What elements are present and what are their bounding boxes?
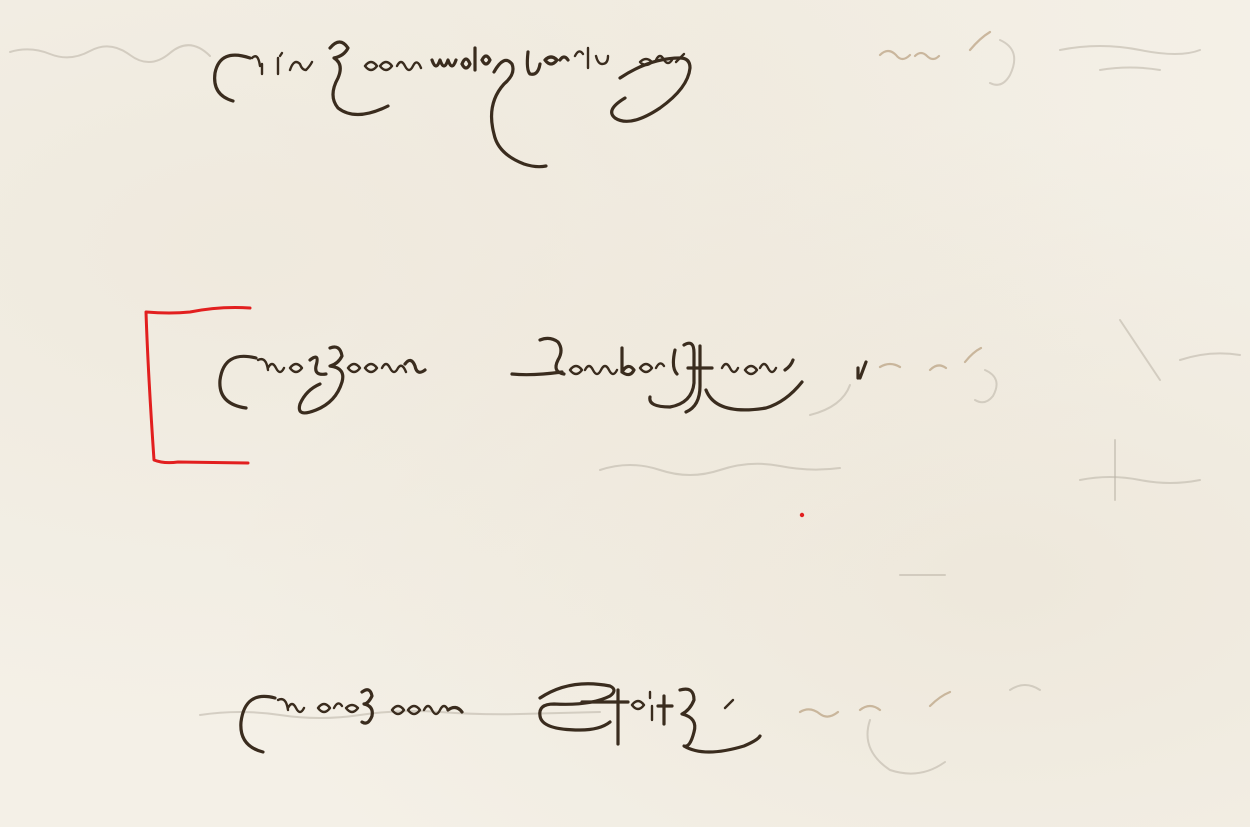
red-bracket-annotation (146, 308, 250, 464)
annotation-layer (0, 0, 1250, 827)
manuscript-page: Noch den wilgh bortgen Noch den Jamborst… (0, 0, 1250, 827)
red-dot-annotation (800, 513, 804, 517)
